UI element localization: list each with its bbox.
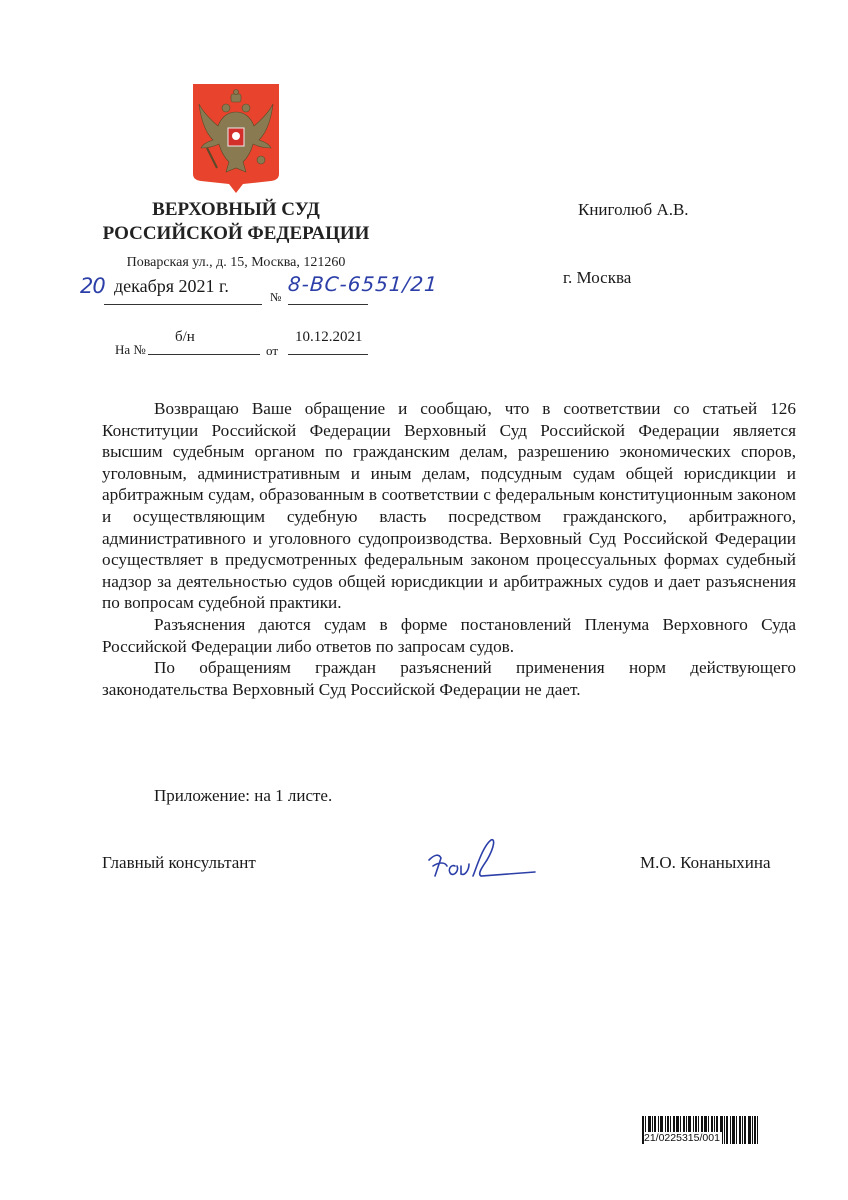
court-name: ВЕРХОВНЫЙ СУД РОССИЙСКОЙ ФЕДЕРАЦИИ xyxy=(100,198,372,246)
court-address: Поварская ул., д. 15, Москва, 121260 xyxy=(100,255,372,271)
handwritten-signature-icon xyxy=(425,836,545,886)
body-paragraph: Возвращаю Ваше обращение и сообщаю, что … xyxy=(102,398,796,614)
body-paragraph: Разъяснения даются судам в форме постано… xyxy=(102,614,796,657)
date-underline xyxy=(104,304,262,305)
letter-body: Возвращаю Ваше обращение и сообщаю, что … xyxy=(102,398,796,700)
reference-from-label: от xyxy=(266,343,278,359)
number-label: № xyxy=(270,290,281,305)
appendix-note: Приложение: на 1 листе. xyxy=(154,786,332,806)
number-underline xyxy=(288,304,368,305)
reference-number-underline xyxy=(148,354,260,355)
reference-label: На № xyxy=(115,342,146,358)
recipient-city: г. Москва xyxy=(563,268,631,288)
recipient-name: Книголюб А.В. xyxy=(578,200,689,220)
reference-number: б/н xyxy=(175,329,195,346)
barcode-number: 21/0225315/001 xyxy=(644,1132,722,1144)
court-name-line2: РОССИЙСКОЙ ФЕДЕРАЦИИ xyxy=(100,222,372,246)
reference-date: 10.12.2021 xyxy=(295,329,363,346)
signer-title: Главный консультант xyxy=(102,853,256,873)
signer-name: М.О. Конаныхина xyxy=(640,853,771,873)
body-paragraph: По обращениям граждан разъяснений примен… xyxy=(102,657,796,700)
outgoing-date: декабря 2021 г. xyxy=(114,276,229,297)
court-name-line1: ВЕРХОВНЫЙ СУД xyxy=(100,198,372,222)
outgoing-number-handwritten: 8-ВС-6551/21 xyxy=(287,272,439,296)
reference-date-underline xyxy=(288,354,368,355)
outgoing-day-handwritten: 20 xyxy=(80,274,105,298)
russian-coat-of-arms-icon xyxy=(191,82,281,194)
